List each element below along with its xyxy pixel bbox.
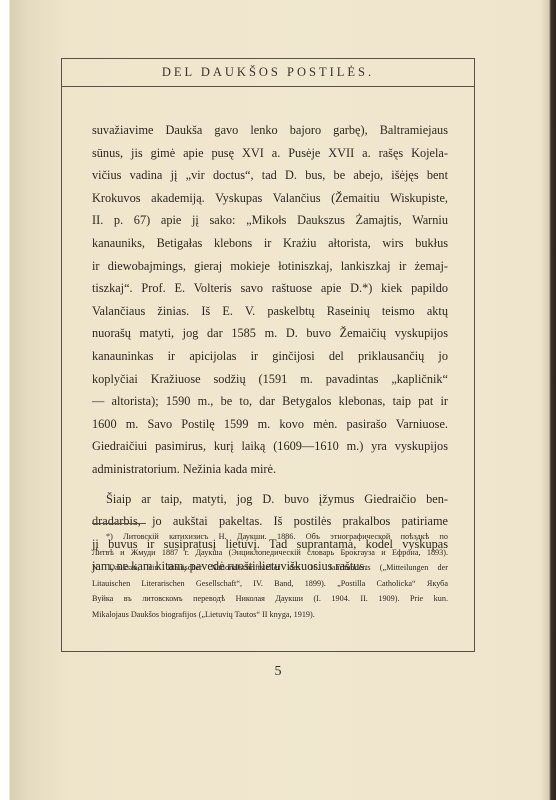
paragraph-1: suvažiavime Daukša gavo lenko bajoro gar… [92,119,448,481]
text-line: Giedraičiui pasimirus, kurį laiką (1609—… [92,435,448,458]
text-line: Valančiaus žinias. Iš E. V. paskelbtų Ra… [92,300,448,323]
text-line: ir diewobajmings, gieraj mokieje łotinis… [92,255,448,278]
footnote-separator [92,523,146,524]
text-line: kanauniks, Betigałas klebons ir Krażiu a… [92,232,448,255]
page-number: 5 [0,664,556,680]
text-line: kanauninkas ir apicijolas ir ginčijosi d… [92,345,448,368]
footnote-line: Mikalojaus Daukšos biografijos („Lietuvi… [92,607,448,623]
footnote: *) Литовскій катихизисъ Н. Даукши. 1886.… [92,529,448,623]
text-line: 1600 m. Savo Postilę 1599 m. kovo mėn. p… [92,413,448,436]
text-line: sūnus, jis gimė apie pusę XVI a. Pusėje … [92,142,448,165]
text-line: vičius vadina jį „vir doctus“, tad D. bu… [92,164,448,187]
text-line: koplyčiai Kražiuose sodžių (1591 m. pava… [92,368,448,391]
text-line: II. p. 67) apie jį sako: „Mikołs Daukszu… [92,209,448,232]
footnote-line: *) Литовскій катихизисъ Н. Даукши. 1886.… [92,529,448,545]
footnote-line: Литвѣ и Жмуди 1887 г. Даукша (Энциклопед… [92,545,448,561]
running-header-title: DEL DAUKŠOS POSTILĖS. [162,65,374,80]
text-line: Šiaip ar taip, matyti, jog D. buvo įžymu… [92,488,448,511]
footnote-line: N. Dauksza, ein litauischer Nationalschr… [92,560,448,576]
text-line: — altorista); 1590 m., be to, dar Betyga… [92,390,448,413]
footnote-line: Вуйка въ литовскомъ переводѣ Николая Дау… [92,591,448,607]
body-text: suvažiavime Daukša gavo lenko bajoro gar… [92,119,448,578]
footnote-line: Litauischen Literarischen Gesellschaft“,… [92,576,448,592]
page-frame: DEL DAUKŠOS POSTILĖS. suvažiavime Daukša… [61,58,475,652]
running-header: DEL DAUKŠOS POSTILĖS. [62,59,474,87]
text-line: tiszkaj“. Prof. E. Volteris savo raštuos… [92,277,448,300]
text-line: administratorium. Nežinia kada mirė. [92,458,448,481]
text-line: nuorašų matyti, jog dar 1585 m. D. buvo … [92,322,448,345]
text-line: suvažiavime Daukša gavo lenko bajoro gar… [92,119,448,142]
text-line: Krokuvos akademiją. Vyskupas Valančius (… [92,187,448,210]
